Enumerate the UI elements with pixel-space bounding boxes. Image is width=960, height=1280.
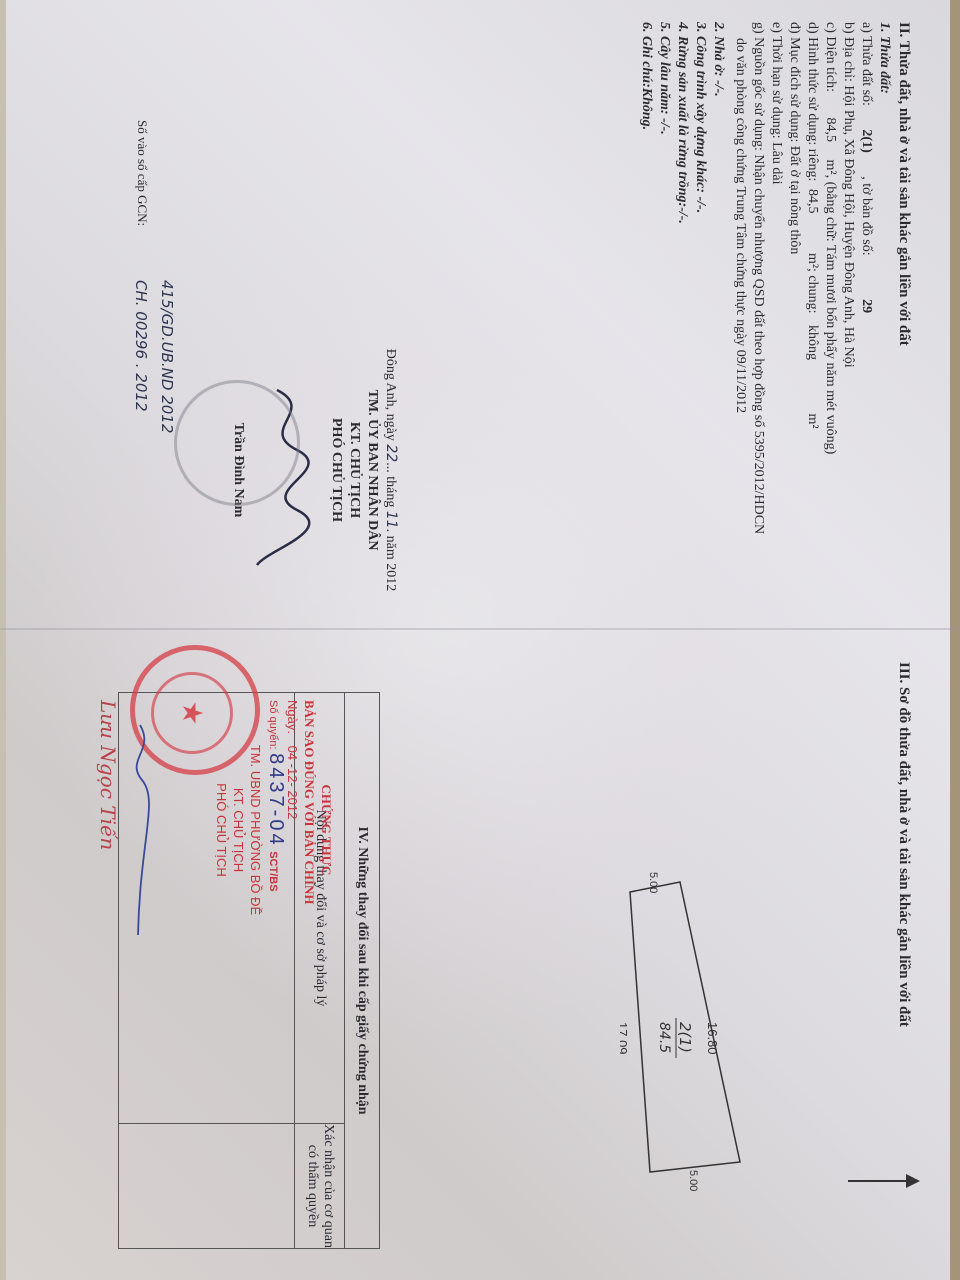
parcel-id-label: 2(1) [676,1022,694,1053]
house-item: 2. Nhà ở: -/-. [710,22,726,97]
page-fold [0,628,960,630]
cert-signature-icon [120,720,160,940]
embossed-seal-icon [174,380,300,506]
area-value: 84,5 [823,117,838,142]
authority-confirmation-header: Xác nhận của cơ quan có thẩm quyền [294,1124,345,1248]
usage-form-label: d) Hình thức sử dụng: riêng: [805,22,820,181]
north-arrow-icon [906,1174,920,1188]
common-area: không [805,325,820,360]
map-sheet-label: , tờ bản đồ số: [859,176,874,255]
area-in-words: m², (bằng chữ: Tám mươi bốn phẩy năm mét… [823,159,838,454]
other-construction-item: 3. Công trình xây dựng khác: -/-. [692,22,708,213]
cert-book-suffix: SCT/BS [267,851,279,891]
planted-forest-item: 4. Rừng sản xuất là rừng trồng:-/-. [674,22,690,224]
private-area: 84,5 [805,189,820,214]
side-left-label: 5.00 [647,872,659,893]
area-row: c) Diện tích: 84,5 m², (bằng chữ: Tám mư… [822,22,838,454]
parcel-area-label: 84.5 [656,1022,672,1053]
common-label: m²; chung: [805,253,820,314]
side-top-label: 16.80 [705,1022,720,1055]
common-unit: m² [805,414,820,429]
parcel-number-row: a) Thửa đất số: 2(1) , tờ bản đồ số: 29 [858,22,874,313]
section-ii-title: II. Thửa đất, nhà ở và tài sản khác gắn … [895,22,912,346]
cert-title-1: CHỨNG THỰC [318,700,335,960]
issuer-role-2: PHÓ CHỦ TỊCH [327,300,345,640]
place-date: Đông Anh, ngày 22... tháng 11. năm 2012 [381,300,400,640]
registration-label: Số vào sổ cấp GCN: [134,120,150,226]
registration-line-2: CH. 00296 . 2012 [132,280,150,411]
registration-block: Số vào sổ cấp GCN: 415/GD.UB.ND 2012 CH.… [134,120,150,226]
side-right-label: 5.00 [687,1170,699,1191]
usage-term: e) Thời hạn sử dụng: Lâu dài [768,22,784,184]
address: b) Địa chỉ: Hội Phụ, Xã Đông Hội, Huyện … [840,22,856,368]
parcel-number-label: a) Thửa đất số: [859,22,874,106]
month-handwritten: 11 [383,511,399,529]
cert-signer-name: Lưu Ngọc Tiến [96,700,120,850]
cert-book-number: 8437-04 [265,753,287,847]
usage-form-row: d) Hình thức sử dụng: riêng: 84,5 m²; ch… [804,22,820,429]
registration-line-1: 415/GD.UB.ND 2012 [158,280,176,433]
issuer-org: TM. ỦY BAN NHÂN DÂN [363,300,381,640]
section-iii-title: III. Sơ đồ thửa đất, nhà ở và tài sản kh… [895,662,912,1027]
parcel-number: 2(1) [859,129,874,152]
cert-date: 04 -12- 2012 [285,746,300,820]
star-emblem-icon: ★ [151,672,233,754]
land-use-purpose: đ) Mục đích sử dụng: Đất ở tại nông thôn [786,22,802,254]
cert-title-2: BẢN SAO ĐÚNG VỚI BẢN CHÍNH [301,700,318,960]
notes-item: 6. Ghi chú:Không. [638,22,654,130]
issuer-role-1: KT. CHỦ TỊCH [345,300,363,640]
land-use-certificate: II. Thửa đất, nhà ở và tài sản khác gắn … [0,0,960,1280]
usage-origin: g) Nguồn gốc sử dụng: Nhận chuyển nhượng… [750,22,766,534]
usage-origin-cont: do văn phòng công chứng Trung Tâm chứng … [732,38,748,413]
area-label: c) Diện tích: [823,22,838,92]
parcel-diagram: 16.80 17.09 5.00 5.00 2(1) 84.5 [620,872,780,1192]
cert-book-row: Số quyển: 8437-04 SCT/BS [264,700,284,960]
day-handwritten: 22 [383,444,399,462]
perennial-trees-item: 5. Cây lâu năm: -/-. [656,22,672,135]
parcel-heading: 1. Thửa đất: [876,22,892,94]
north-arrow-line [848,1180,908,1182]
left-page: II. Thửa đất, nhà ở và tài sản khác gắn … [0,0,960,628]
section-iv-title: IV. Những thay đổi sau khi cấp giấy chứn… [344,693,379,1248]
map-sheet-number: 29 [859,299,874,313]
side-bottom-label: 17.09 [620,1022,630,1055]
